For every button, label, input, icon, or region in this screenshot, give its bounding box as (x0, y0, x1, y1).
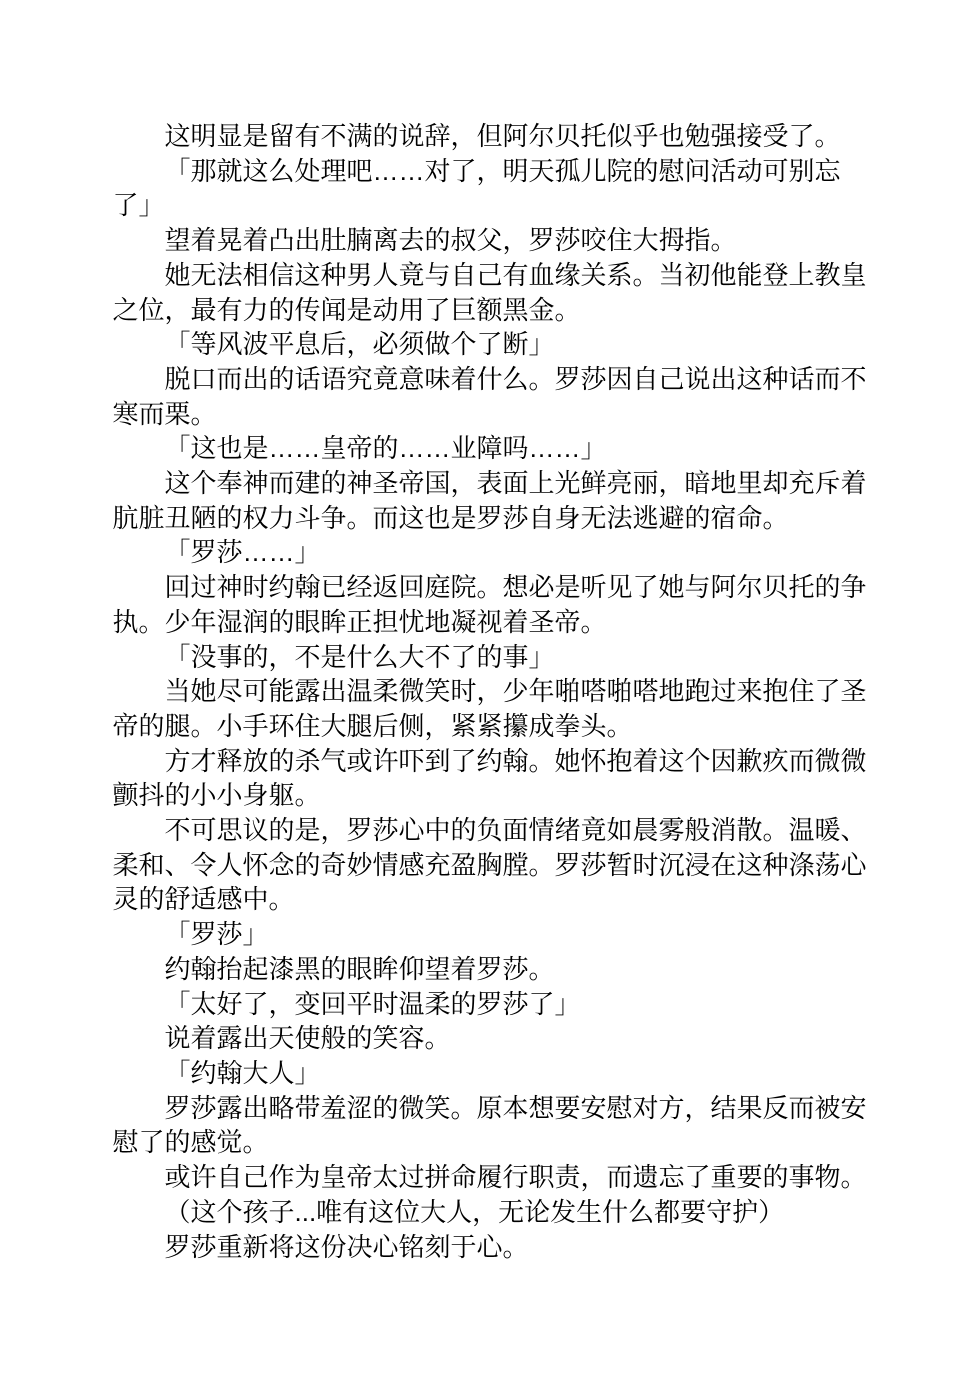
dialogue-paragraph: 「罗莎……」 (113, 535, 867, 570)
narration-paragraph: 这明显是留有不满的说辞，但阿尔贝托似乎也勉强接受了。 (113, 119, 867, 154)
narration-paragraph: 罗莎重新将这份决心铭刻于心。 (113, 1230, 867, 1265)
narration-paragraph: 约翰抬起漆黑的眼眸仰望着罗莎。 (113, 952, 867, 987)
narration-paragraph: 说着露出天使般的笑容。 (113, 1021, 867, 1056)
dialogue-paragraph: 「那就这么处理吧……对了，明天孤儿院的慰问活动可别忘了」 (113, 154, 867, 223)
narration-paragraph: 这个奉神而建的神圣帝国，表面上光鲜亮丽，暗地里却充斥着肮脏丑陋的权力斗争。而这也… (113, 466, 867, 535)
dialogue-paragraph: 「罗莎」 (113, 917, 867, 952)
narration-paragraph: 回过神时约翰已经返回庭院。想必是听见了她与阿尔贝托的争执。少年湿润的眼眸正担忧地… (113, 570, 867, 639)
thought-paragraph: （这个孩子...唯有这位大人，无论发生什么都要守护） (113, 1195, 867, 1230)
dialogue-paragraph: 「约翰大人」 (113, 1056, 867, 1091)
narration-paragraph: 当她尽可能露出温柔微笑时，少年啪嗒啪嗒地跑过来抱住了圣帝的腿。小手环住大腿后侧，… (113, 674, 867, 743)
narration-paragraph: 脱口而出的话语究竟意味着什么。罗莎因自己说出这种话而不寒而栗。 (113, 362, 867, 431)
narration-paragraph: 方才释放的杀气或许吓到了约翰。她怀抱着这个因歉疚而微微颤抖的小小身躯。 (113, 744, 867, 813)
dialogue-paragraph: 「太好了，变回平时温柔的罗莎了」 (113, 987, 867, 1022)
narration-paragraph: 或许自己作为皇帝太过拼命履行职责，而遗忘了重要的事物。 (113, 1160, 867, 1195)
narration-paragraph: 望着晃着凸出肚腩离去的叔父，罗莎咬住大拇指。 (113, 223, 867, 258)
narration-paragraph: 不可思议的是，罗莎心中的负面情绪竟如晨雾般消散。温暖、柔和、令人怀念的奇妙情感充… (113, 813, 867, 917)
dialogue-paragraph: 「这也是……皇帝的……业障吗……」 (113, 431, 867, 466)
dialogue-paragraph: 「等风波平息后，必须做个了断」 (113, 327, 867, 362)
novel-text-block: 这明显是留有不满的说辞，但阿尔贝托似乎也勉强接受了。 「那就这么处理吧……对了，… (113, 119, 867, 1264)
narration-paragraph: 她无法相信这种男人竟与自己有血缘关系。当初他能登上教皇之位，最有力的传闻是动用了… (113, 258, 867, 327)
novel-page: 这明显是留有不满的说辞，但阿尔贝托似乎也勉强接受了。 「那就这么处理吧……对了，… (0, 0, 979, 1384)
dialogue-paragraph: 「没事的，不是什么大不了的事」 (113, 640, 867, 675)
narration-paragraph: 罗莎露出略带羞涩的微笑。原本想要安慰对方，结果反而被安慰了的感觉。 (113, 1091, 867, 1160)
